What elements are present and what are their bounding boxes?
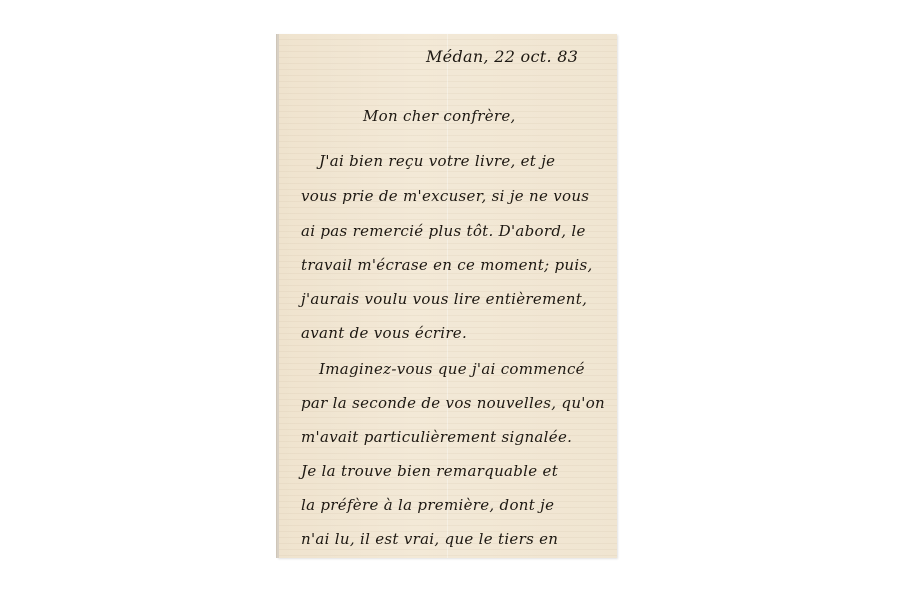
letter-page-continued	[277, 34, 615, 558]
